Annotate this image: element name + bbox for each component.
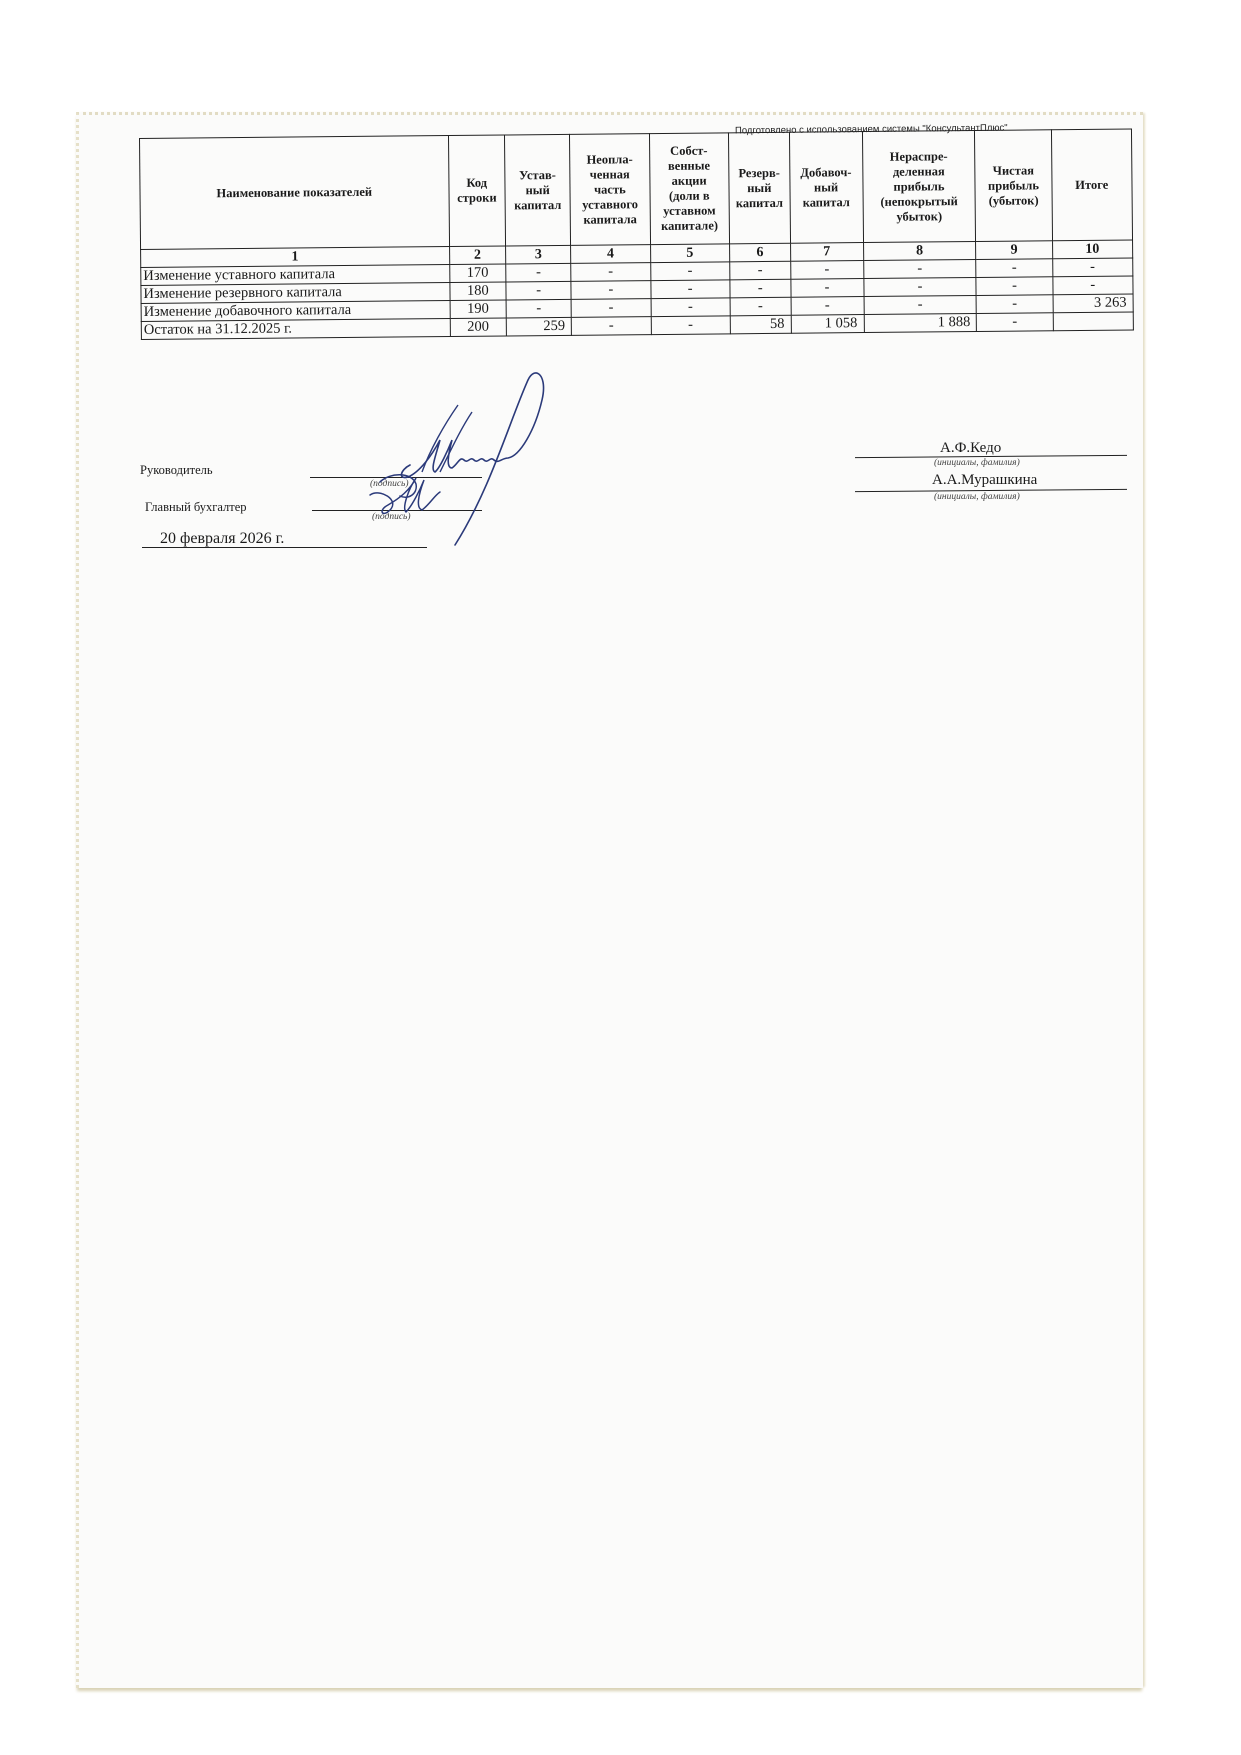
capital-changes-table-wrapper: Наименование показателейКодстрокиУстав-н… — [139, 128, 1134, 340]
cell-value: - — [651, 298, 730, 317]
paper-sheet — [76, 112, 1143, 1688]
column-number: 6 — [729, 243, 790, 262]
column-header-4: Неопла-ченнаячастьуставногокапитала — [570, 134, 650, 246]
column-header-6: Резерв-ныйкапитал — [728, 132, 790, 244]
row-code: 170 — [449, 264, 506, 283]
cell-value: - — [730, 297, 791, 316]
cell-value: - — [506, 263, 571, 282]
cell-value — [1053, 312, 1134, 331]
column-header-2: Кодстроки — [448, 135, 506, 247]
director-signature-line — [310, 477, 482, 478]
capital-changes-table: Наименование показателейКодстрокиУстав-н… — [139, 128, 1134, 340]
cell-value: - — [571, 281, 650, 300]
director-name: А.Ф.Кедо — [940, 440, 1001, 457]
cell-value: - — [977, 313, 1053, 332]
column-header-10: Итоге — [1051, 129, 1133, 241]
cell-value: - — [791, 279, 864, 298]
column-header-7: Добавоч-ныйкапитал — [789, 132, 863, 244]
date-underline — [142, 547, 427, 548]
chief-accountant-name: А.А.Мурашкина — [932, 472, 1037, 489]
cell-value: 1 058 — [791, 315, 864, 334]
cell-value: - — [506, 281, 571, 300]
cell-value: - — [976, 277, 1052, 296]
column-number: 2 — [449, 246, 506, 265]
table-body: 12345678910 Изменение уставного капитала… — [141, 240, 1134, 340]
column-header-1: Наименование показателей — [140, 136, 450, 250]
cell-value: - — [730, 279, 791, 298]
column-header-3: Устав-ныйкапитал — [505, 134, 571, 246]
cell-value: - — [863, 277, 976, 296]
cell-value: - — [571, 299, 650, 318]
chief-accountant-signature-line — [312, 510, 482, 511]
column-header-5: Собст-венныеакции(доли вуставномкапитале… — [649, 133, 729, 245]
table-header-row: Наименование показателейКодстрокиУстав-н… — [140, 129, 1133, 250]
chief-accountant-signature-hint: (подпись) — [372, 512, 411, 522]
cell-value: - — [1052, 276, 1133, 295]
cell-value: - — [571, 263, 650, 282]
row-code: 200 — [450, 318, 507, 337]
cell-value: 58 — [730, 315, 791, 334]
column-number: 8 — [863, 241, 976, 260]
chief-accountant-name-hint: (инициалы, фамилия) — [934, 492, 1020, 502]
cell-value: - — [977, 295, 1053, 314]
column-number: 5 — [650, 244, 729, 263]
column-number: 7 — [790, 243, 863, 262]
cell-value: - — [864, 295, 977, 314]
column-header-8: Нераспре-деленнаяприбыль(непокрытыйубыто… — [862, 130, 976, 242]
cell-value: 3 263 — [1053, 294, 1134, 313]
row-code: 190 — [450, 300, 507, 319]
column-number: 4 — [571, 245, 650, 264]
director-signature-hint: (подпись) — [370, 479, 409, 489]
cell-value: - — [976, 259, 1052, 278]
cell-value: - — [506, 299, 571, 318]
cell-value: - — [651, 316, 730, 335]
cell-value: - — [791, 297, 864, 316]
cell-value: - — [863, 259, 976, 278]
cell-value: - — [790, 261, 863, 280]
column-header-9: Чистаяприбыль(убыток) — [975, 130, 1052, 242]
column-number: 3 — [506, 245, 571, 264]
chief-accountant-label: Главный бухгалтер — [145, 500, 247, 515]
cell-value: - — [571, 317, 650, 336]
row-code: 180 — [449, 282, 506, 301]
column-number: 9 — [976, 241, 1052, 260]
signing-date: 20 февраля 2026 г. — [160, 530, 284, 548]
column-number: 10 — [1052, 240, 1133, 259]
cell-value: - — [730, 261, 791, 280]
cell-value: - — [1052, 258, 1133, 277]
cell-value: - — [650, 280, 729, 299]
director-name-hint: (инициалы, фамилия) — [934, 458, 1020, 468]
director-label: Руководитель — [140, 463, 213, 478]
cell-value: 259 — [506, 317, 571, 336]
cell-value: 1 888 — [864, 313, 977, 332]
cell-value: - — [650, 262, 729, 281]
row-name: Остаток на 31.12.2025 г. — [141, 319, 450, 340]
